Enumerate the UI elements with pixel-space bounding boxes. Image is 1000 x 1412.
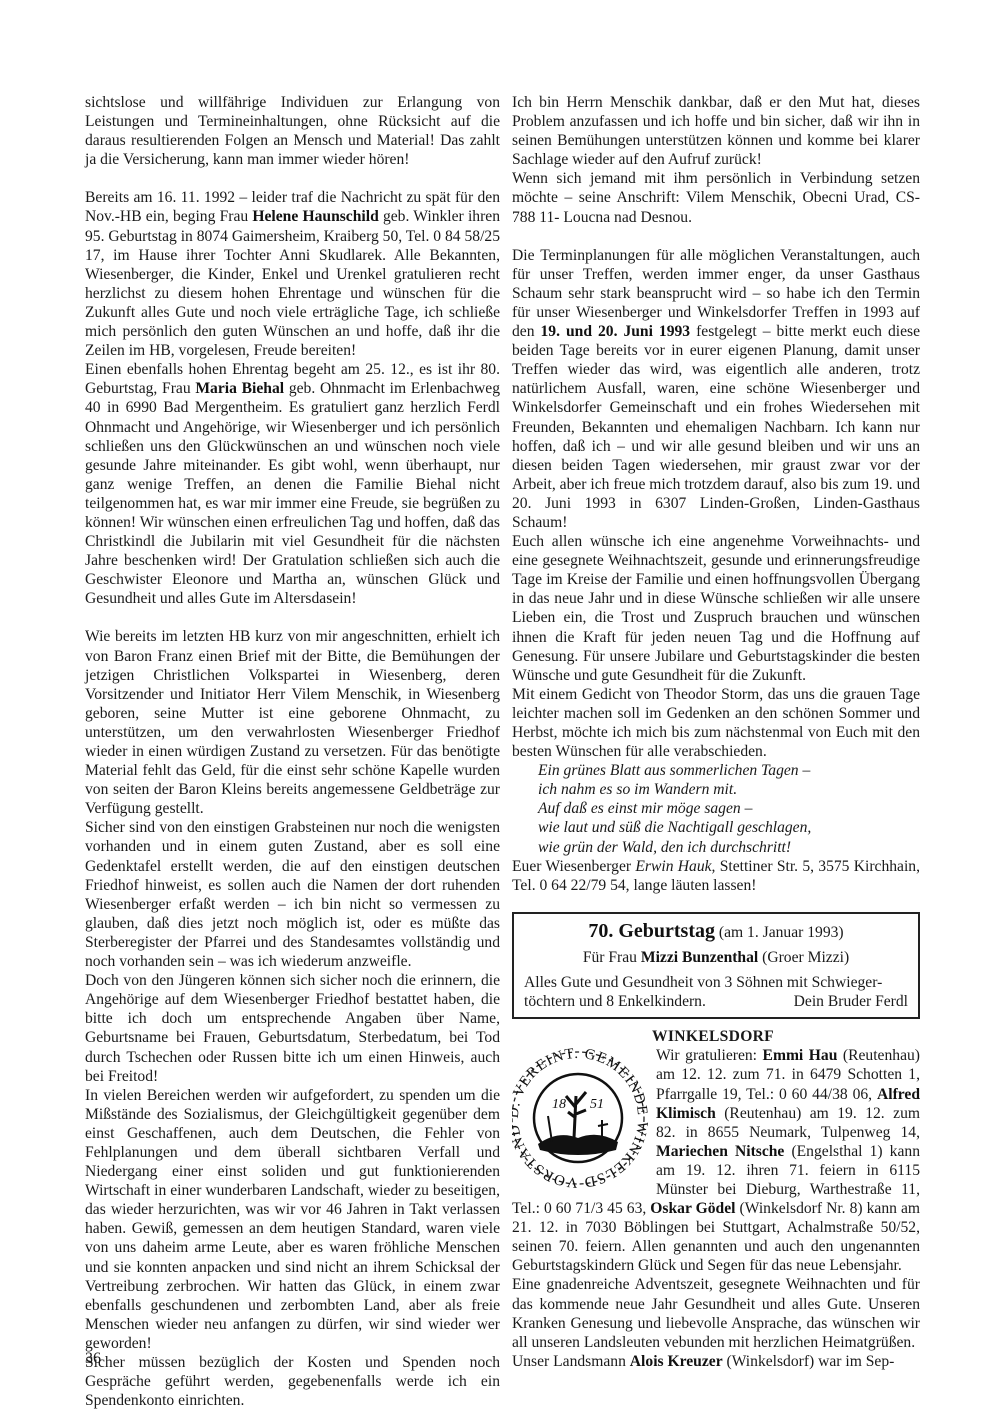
birthday-sender: Dein Bruder Ferdl (794, 992, 908, 1011)
person-name: Helene Haunschild (252, 208, 378, 225)
paragraph-kreuzer: Unser Landsmann Alois Kreuzer (Winkelsdo… (512, 1352, 920, 1371)
paragraph: Ich bin Herrn Menschik dankbar, daß er d… (512, 93, 920, 169)
paragraph: Sicher müssen bezüglich der Kosten und S… (85, 1353, 500, 1410)
meeting-date: 19. und 20. Juni 1993 (541, 323, 691, 340)
person-name: Alois Kreuzer (630, 1353, 723, 1370)
paragraph: Mit einem Gedicht von Theodor Storm, das… (512, 685, 920, 761)
paragraph: Wie bereits im letzten HB kurz von mir a… (85, 627, 500, 818)
birthday-recipient: Für Frau Mizzi Bunzenthal (Groer Mizzi) (524, 948, 908, 967)
author-name: Erwin Hauk, (635, 858, 715, 875)
poem-line: ich nahm es so im Wandern mit. (538, 780, 920, 799)
poem-line: wie laut und süß die Nachtigall geschlag… (538, 818, 920, 837)
svg-text:VORSTAND D. VEREINT. GEMEINDE: VORSTAND D. VEREINT. GEMEINDE WINKELSDOR… (512, 1046, 648, 1190)
paragraph: Doch von den Jüngeren können sich sicher… (85, 971, 500, 1086)
section-heading: WINKELSDORF (652, 1027, 920, 1046)
paragraph: Euch allen wünsche ich eine angenehme Vo… (512, 532, 920, 685)
poem-line: Ein grünes Blatt aus sommerlichen Tagen … (538, 761, 920, 780)
paragraph: Wenn sich jemand mit ihm persönlich in V… (512, 169, 920, 226)
signature: Euer Wiesenberger Erwin Hauk, Stettiner … (512, 857, 920, 895)
paragraph: In vielen Bereichen werden wir aufgeford… (85, 1086, 500, 1353)
person-name: Emmi Hau (763, 1047, 838, 1064)
birthday-message: Alles Gute und Gesundheit von 3 Söhnen m… (524, 973, 908, 992)
left-column: sichtslose und willfährige Individuen zu… (85, 93, 500, 1410)
winkelsdorf-section: VORSTAND D. VEREINT. GEMEINDE WINKELSDOR… (512, 1046, 920, 1275)
paragraph: sichtslose und willfährige Individuen zu… (85, 93, 500, 169)
person-name: Mariechen Nitsche (656, 1143, 784, 1160)
paragraph-meeting: Die Terminplanungen für alle möglichen V… (512, 246, 920, 532)
svg-text:18: 18 (552, 1097, 566, 1112)
paragraph: Eine gnadenreiche Adventszeit, gesegnete… (512, 1275, 920, 1351)
person-name: Maria Biehal (195, 380, 284, 397)
paragraph-biehal: Einen ebenfalls hohen Ehrentag begeht am… (85, 360, 500, 608)
poem-line: Auf daß es einst mir möge sagen – (538, 799, 920, 818)
paragraph: Sicher sind von den einstigen Grabsteine… (85, 818, 500, 971)
poem: Ein grünes Blatt aus sommerlichen Tagen … (512, 761, 920, 856)
svg-text:51: 51 (590, 1097, 604, 1112)
right-column: Ich bin Herrn Menschik dankbar, daß er d… (512, 93, 920, 1371)
poem-line: wie grün der Wald, den ich durchschritt! (538, 838, 920, 857)
page-number: 36 (85, 1350, 101, 1368)
paragraph-haunschild: Bereits am 16. 11. 1992 – leider traf di… (85, 188, 500, 360)
winkelsdorf-seal-icon: VORSTAND D. VEREINT. GEMEINDE WINKELSDOR… (512, 1046, 648, 1196)
person-name: Oskar Gödel (650, 1200, 735, 1217)
birthday-box: 70. Geburtstag (am 1. Januar 1993) Für F… (512, 912, 920, 1019)
birthday-title: 70. Geburtstag (am 1. Januar 1993) (524, 922, 908, 942)
